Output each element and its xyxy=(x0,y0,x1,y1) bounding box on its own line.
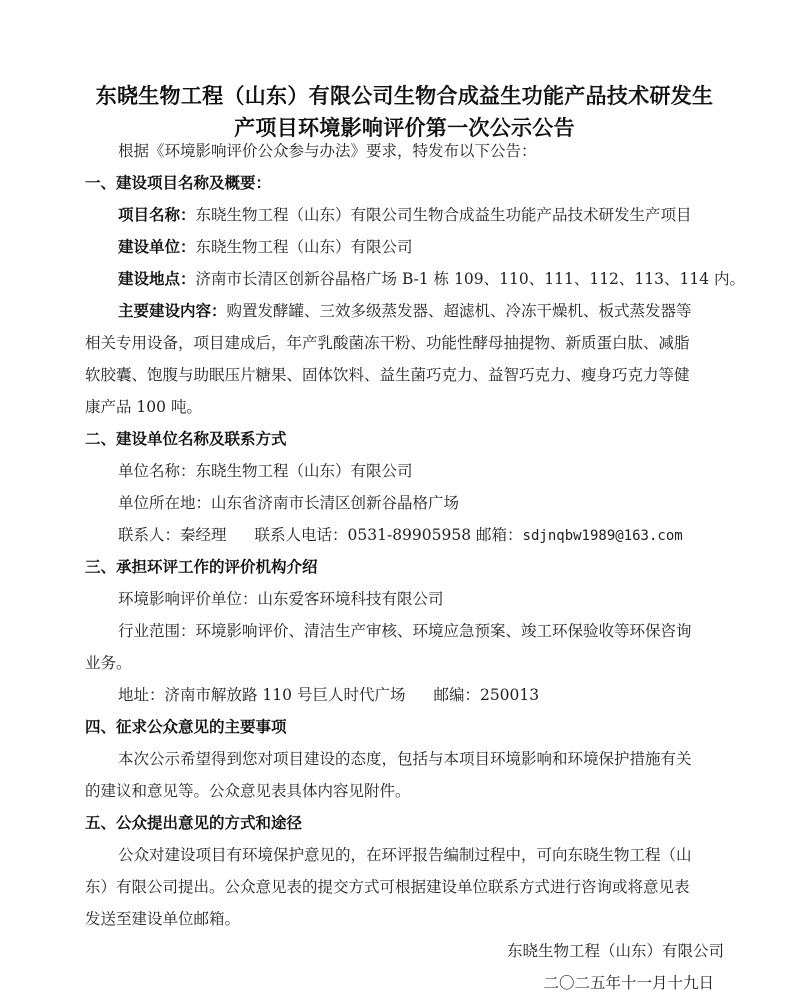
contact-person: 联系人：秦经理 xyxy=(118,526,227,544)
email-value: sdjnqbw1989@163.com xyxy=(523,528,683,544)
signature-company: 东晓生物工程（山东）有限公司 xyxy=(507,941,724,961)
section5-heading: 五、公众提出意见的方式和途径 xyxy=(85,813,725,833)
location-row: 建设地点：济南市长清区创新谷晶格广场 B-1 栋 109、110、111、112… xyxy=(118,269,758,289)
section1-heading: 一、建设项目名称及概要： xyxy=(85,173,725,193)
scope-line-1: 行业范围：环境影响评价、清洁生产审核、环境应急预案、竣工环保验收等环保咨询 xyxy=(118,621,758,641)
section3-heading: 三、承担环评工作的评价机构介绍 xyxy=(85,557,725,577)
agency-address-row: 地址：济南市解放路 110 号巨人时代广场邮编：250013 xyxy=(118,685,758,705)
agency-name: 环境影响评价单位：山东爱客环境科技有限公司 xyxy=(118,589,758,609)
document-page: 东晓生物工程（山东）有限公司生物合成益生功能产品技术研发生 产项目环境影响评价第… xyxy=(0,0,809,1000)
intro-text: 根据《环境影响评价公众参与办法》要求，特发布以下公告： xyxy=(118,141,758,161)
project-name-row: 项目名称：东晓生物工程（山东）有限公司生物合成益生功能产品技术研发生产项目 xyxy=(118,205,758,225)
section5-line-2: 东）有限公司提出。公众意见表的提交方式可根据建设单位联系方式进行咨询或将意见表 xyxy=(85,877,725,897)
agency-postcode: 邮编：250013 xyxy=(433,686,539,704)
section4-heading: 四、征求公众意见的主要事项 xyxy=(85,717,725,737)
location-label: 建设地点： xyxy=(118,270,196,288)
content-line-3: 软胶囊、饱腹与助眠压片糖果、固体饮料、益生菌巧克力、益智巧克力、瘦身巧克力等健 xyxy=(85,365,725,385)
location-value: 济南市长清区创新谷晶格广场 B-1 栋 109、110、111、112、113、… xyxy=(196,270,746,288)
content-line-1: 购置发酵罐、三效多级蒸发器、超滤机、冷冻干燥机、板式蒸发器等 xyxy=(227,302,692,320)
email-label: 邮箱： xyxy=(476,526,523,544)
contact-row: 联系人：秦经理联系人电话：0531-89905958 邮箱：sdjnqbw198… xyxy=(118,525,758,546)
section5-line-3: 发送至建设单位邮箱。 xyxy=(85,909,725,929)
builder-label: 建设单位： xyxy=(118,238,196,256)
scope-line-2: 业务。 xyxy=(85,653,725,673)
builder-value: 东晓生物工程（山东）有限公司 xyxy=(196,238,413,256)
content-row: 主要建设内容：购置发酵罐、三效多级蒸发器、超滤机、冷冻干燥机、板式蒸发器等 xyxy=(118,301,758,321)
content-label: 主要建设内容： xyxy=(118,302,227,320)
content-line-2: 相关专用设备，项目建成后，年产乳酸菌冻干粉、功能性酵母抽提物、新质蛋白肽、减脂 xyxy=(85,333,725,353)
title-line-1: 东晓生物工程（山东）有限公司生物合成益生功能产品技术研发生 xyxy=(60,80,749,112)
agency-address: 地址：济南市解放路 110 号巨人时代广场 xyxy=(118,686,405,704)
project-name-value: 东晓生物工程（山东）有限公司生物合成益生功能产品技术研发生产项目 xyxy=(196,206,692,224)
section4-line-1: 本次公示希望得到您对项目建设的态度，包括与本项目环境影响和环境保护措施有关 xyxy=(118,749,758,769)
title-line-2: 产项目环境影响评价第一次公示公告 xyxy=(60,112,749,144)
document-title: 东晓生物工程（山东）有限公司生物合成益生功能产品技术研发生 产项目环境影响评价第… xyxy=(60,80,749,144)
builder-row: 建设单位：东晓生物工程（山东）有限公司 xyxy=(118,237,758,257)
section2-heading: 二、建设单位名称及联系方式 xyxy=(85,429,725,449)
section5-line-1: 公众对建设项目有环境保护意见的，在环评报告编制过程中，可向东晓生物工程（山 xyxy=(118,845,758,865)
section4-line-2: 的建议和意见等。公众意见表具体内容见附件。 xyxy=(85,781,725,801)
content-line-4: 康产品 100 吨。 xyxy=(85,397,725,417)
contact-phone: 联系人电话：0531-89905958 xyxy=(255,526,472,544)
unit-name: 单位名称：东晓生物工程（山东）有限公司 xyxy=(118,461,758,481)
signature-date: 二〇二五年十一月十九日 xyxy=(543,973,714,993)
project-name-label: 项目名称： xyxy=(118,206,196,224)
unit-address: 单位所在地：山东省济南市长清区创新谷晶格广场 xyxy=(118,493,758,513)
